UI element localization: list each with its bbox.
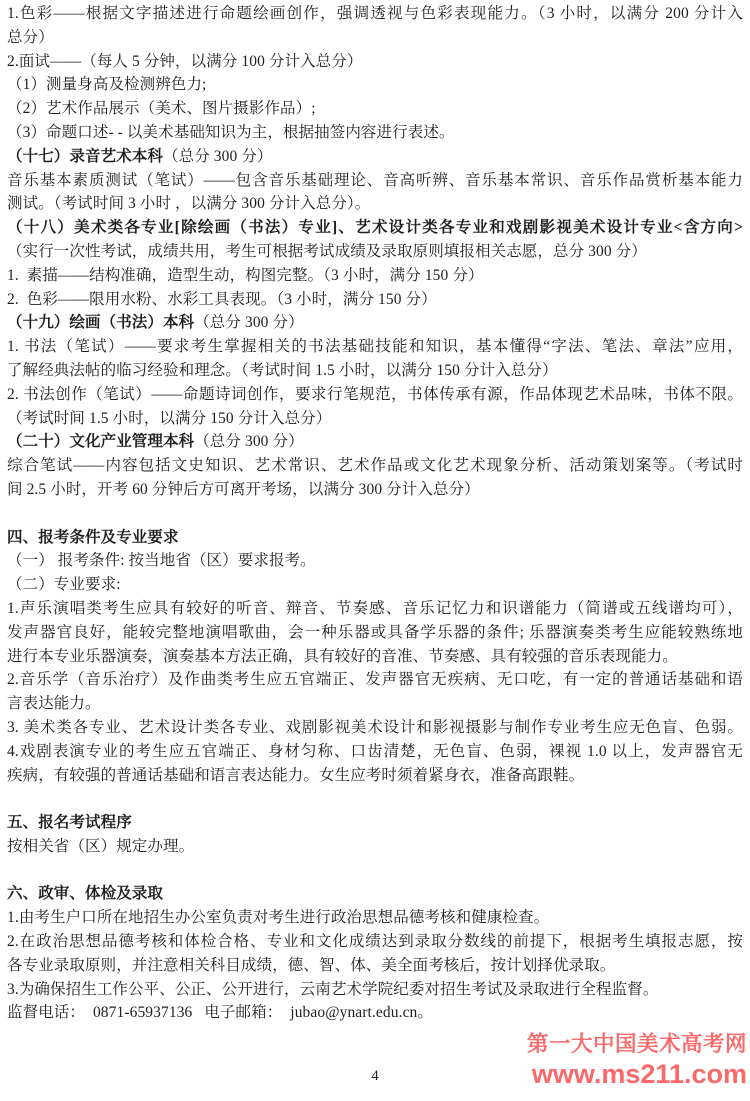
body-text: 1.由考生户口所在地招生办公室负责对考生进行政治思想品德考核和健康检查。 — [7, 909, 549, 926]
body-text: 发声器官良好，能较完整地演唱歌曲，会一种乐器或具备学乐器的条件; 乐器演奏类考生… — [7, 624, 743, 641]
text-line: 4.戏剧表演专业的考生应五官端正、身材匀称、口齿清楚，无色盲、色弱，裸视 1.0… — [7, 740, 743, 764]
body-text: 1.色彩——根据文字描述进行命题绘画创作，强调透视与色彩表现能力。（3 小时，以… — [7, 5, 743, 22]
body-text: 1. 书法（笔试）——要求考生掌握相关的书法基础技能和知识，基本懂得“字法、笔法… — [7, 338, 743, 355]
heading-text: 四、报考条件及专业要求 — [7, 529, 179, 546]
document-body: 1.色彩——根据文字描述进行命题绘画创作，强调透视与色彩表现能力。（3 小时，以… — [7, 2, 743, 1025]
body-text: 2. 书法创作（笔试）——命题诗词创作，要求行笔规范，书体传承有源，作品体现艺术… — [7, 386, 743, 403]
section-heading-line: 六、政审、体检及录取 — [7, 882, 743, 906]
text-line: 各专业录取原则，并注意相关科目成绩，德、智、体、美全面考核后，按计划择优录取。 — [7, 954, 743, 978]
body-text: 3.为确保招生工作公平、公正、公开进行，云南艺术学院纪委对招生考试及录取进行全程… — [7, 981, 658, 998]
heading-text: （十七）录音艺术本科 — [7, 148, 163, 165]
text-line: （考试时间 1.5 小时，以满分 150 分计入总分） — [7, 407, 743, 431]
section-heading-line: （十七）录音艺术本科（总分 300 分） — [7, 145, 743, 169]
text-line: 总分） — [7, 26, 743, 50]
body-text: 各专业录取原则，并注意相关科目成绩，德、智、体、美全面考核后，按计划择优录取。 — [7, 957, 615, 974]
body-text: 言表达能力。 — [7, 695, 101, 712]
body-text: 2.音乐学（音乐治疗）及作曲类考生应五官端正、发声器官无疾病、无口吃，有一定的普… — [7, 671, 743, 688]
body-text: 2. 色彩——限用水粉、水彩工具表现。（3 小时，满分 150 分） — [7, 291, 437, 308]
text-line: 3.为确保招生工作公平、公正、公开进行，云南艺术学院纪委对招生考试及录取进行全程… — [7, 978, 743, 1002]
body-text: 疾病，有较强的普通话基础和语言表达能力。女生应考时须着紧身衣，准备高跟鞋。 — [7, 767, 584, 784]
text-line: （实行一次性考试，成绩共用，考生可根据考试成绩及录取原则填报相关志愿，总分 30… — [7, 240, 743, 264]
body-text: （一） 报考条件: 按当地省（区）要求报考。 — [7, 552, 316, 569]
text-line: 综合笔试——内容包括文史知识、艺术常识、艺术作品或文化艺术现象分析、活动策划案等… — [7, 454, 743, 478]
text-line: （1）测量身高及检测辨色力; — [7, 73, 743, 97]
text-line: 按相关省（区）规定办理。 — [7, 835, 743, 859]
heading-text: （十九）绘画（书法）本科 — [7, 314, 194, 331]
text-line: 1. 素描——结构准确，造型生动，构图完整。（3 小时，满分 150 分） — [7, 264, 743, 288]
body-text: 2.在政治思想品德考核和体检合格、专业和文化成绩达到录取分数线的前提下，根据考生… — [7, 933, 743, 950]
text-line: （一） 报考条件: 按当地省（区）要求报考。 — [7, 549, 743, 573]
text-line: 测试。（考试时间 3 小时 ，以满分 300 分计入总分）。 — [7, 192, 743, 216]
body-text: （二）专业要求: — [7, 576, 121, 593]
body-text: （总分 300 分） — [163, 148, 273, 165]
text-line: 进行本专业乐器演奏，演奏基本方法正确，具有较好的音准、节奏感、具有较强的音乐表现… — [7, 645, 743, 669]
body-text: 间 2.5 小时，开考 60 分钟后方可离开考场，以满分 300 分计入总分） — [7, 481, 480, 498]
text-line: 了解经典法帖的临习经验和理念。（考试时间 1.5 小时，以满分 150 分计入总… — [7, 359, 743, 383]
section-heading-line: 五、报名考试程序 — [7, 811, 743, 835]
blank-line — [7, 502, 743, 526]
watermark-site-name: 第一大中国美术高考网 — [527, 1034, 747, 1056]
body-text: （实行一次性考试，成绩共用，考生可根据考试成绩及录取原则填报相关志愿，总分 30… — [7, 243, 647, 260]
text-line: 2.音乐学（音乐治疗）及作曲类考生应五官端正、发声器官无疾病、无口吃，有一定的普… — [7, 668, 743, 692]
body-text: （3）命题口述- - 以美术基础知识为主，根据抽签内容进行表述。 — [7, 124, 455, 141]
text-line: 2. 色彩——限用水粉、水彩工具表现。（3 小时，满分 150 分） — [7, 288, 743, 312]
text-line: （二）专业要求: — [7, 573, 743, 597]
body-text: 综合笔试——内容包括文史知识、艺术常识、艺术作品或文化艺术现象分析、活动策划案等… — [7, 457, 743, 474]
body-text: 1. 素描——结构准确，造型生动，构图完整。（3 小时，满分 150 分） — [7, 267, 484, 284]
text-line: 2.面试——（每人 5 分钟，以满分 100 分计入总分） — [7, 50, 743, 74]
heading-text: 六、政审、体检及录取 — [7, 885, 163, 902]
text-line: 2.在政治思想品德考核和体检合格、专业和文化成绩达到录取分数线的前提下，根据考生… — [7, 930, 743, 954]
body-text: 了解经典法帖的临习经验和理念。（考试时间 1.5 小时，以满分 150 分计入总… — [7, 362, 558, 379]
body-text: （2）艺术作品展示（美术、图片摄影作品）; — [7, 100, 316, 117]
text-line: 1.色彩——根据文字描述进行命题绘画创作，强调透视与色彩表现能力。（3 小时，以… — [7, 2, 743, 26]
heading-text: （二十）文化产业管理本科 — [7, 433, 194, 450]
text-line: 2. 书法创作（笔试）——命题诗词创作，要求行笔规范，书体传承有源，作品体现艺术… — [7, 383, 743, 407]
page-number: 4 — [0, 1068, 750, 1085]
text-line: 1.由考生户口所在地招生办公室负责对考生进行政治思想品德考核和健康检查。 — [7, 906, 743, 930]
body-text: （考试时间 1.5 小时，以满分 150 分计入总分） — [7, 410, 331, 427]
document-page: 1.色彩——根据文字描述进行命题绘画创作，强调透视与色彩表现能力。（3 小时，以… — [0, 0, 750, 1101]
section-heading-line: （十九）绘画（书法）本科（总分 300 分） — [7, 311, 743, 335]
body-text: 1.声乐演唱类考生应具有较好的听音、辩音、节奏感、音乐记忆力和识谱能力（简谱或五… — [7, 600, 743, 617]
body-text: 2.面试——（每人 5 分钟，以满分 100 分计入总分） — [7, 53, 363, 70]
section-heading-line: （二十）文化产业管理本科（总分 300 分） — [7, 430, 743, 454]
body-text: 监督电话： 0871-65937136 电子邮箱： jubao@ynart.ed… — [7, 1004, 433, 1021]
body-text: （1）测量身高及检测辨色力; — [7, 76, 206, 93]
heading-text: 五、报名考试程序 — [7, 814, 132, 831]
body-text: 测试。（考试时间 3 小时 ，以满分 300 分计入总分）。 — [7, 195, 370, 212]
body-text: （总分 300 分） — [194, 314, 304, 331]
body-text: （总分 300 分） — [194, 433, 304, 450]
blank-line — [7, 859, 743, 883]
body-text: 4.戏剧表演专业的考生应五官端正、身材匀称、口齿清楚，无色盲、色弱，裸视 1.0… — [7, 743, 743, 760]
text-line: 1.声乐演唱类考生应具有较好的听音、辩音、节奏感、音乐记忆力和识谱能力（简谱或五… — [7, 597, 743, 621]
text-line: （3）命题口述- - 以美术基础知识为主，根据抽签内容进行表述。 — [7, 121, 743, 145]
body-text: 按相关省（区）规定办理。 — [7, 838, 194, 855]
text-line: 3. 美术类各专业、艺术设计类各专业、戏剧影视美术设计和影视摄影与制作专业考生应… — [7, 716, 743, 740]
text-line: （2）艺术作品展示（美术、图片摄影作品）; — [7, 97, 743, 121]
section-heading-line: （十八）美术类各专业[除绘画（书法）专业]、艺术设计类各专业和戏剧影视美术设计专… — [7, 216, 743, 240]
body-text: 音乐基本素质测试（笔试）——包含音乐基础理论、音高听辨、音乐基本常识、音乐作品赏… — [7, 172, 743, 189]
blank-line — [7, 787, 743, 811]
heading-text: （十八）美术类各专业[除绘画（书法）专业]、艺术设计类各专业和戏剧影视美术设计专… — [7, 219, 743, 236]
text-line: 监督电话： 0871-65937136 电子邮箱： jubao@ynart.ed… — [7, 1001, 743, 1025]
text-line: 疾病，有较强的普通话基础和语言表达能力。女生应考时须着紧身衣，准备高跟鞋。 — [7, 764, 743, 788]
body-text: 总分） — [7, 29, 54, 46]
text-line: 言表达能力。 — [7, 692, 743, 716]
section-heading-line: 四、报考条件及专业要求 — [7, 526, 743, 550]
body-text: 3. 美术类各专业、艺术设计类各专业、戏剧影视美术设计和影视摄影与制作专业考生应… — [7, 719, 743, 736]
text-line: 1. 书法（笔试）——要求考生掌握相关的书法基础技能和知识，基本懂得“字法、笔法… — [7, 335, 743, 359]
body-text: 进行本专业乐器演奏，演奏基本方法正确，具有较好的音准、节奏感、具有较强的音乐表现… — [7, 648, 678, 665]
text-line: 间 2.5 小时，开考 60 分钟后方可离开考场，以满分 300 分计入总分） — [7, 478, 743, 502]
text-line: 发声器官良好，能较完整地演唱歌曲，会一种乐器或具备学乐器的条件; 乐器演奏类考生… — [7, 621, 743, 645]
text-line: 音乐基本素质测试（笔试）——包含音乐基础理论、音高听辨、音乐基本常识、音乐作品赏… — [7, 169, 743, 193]
